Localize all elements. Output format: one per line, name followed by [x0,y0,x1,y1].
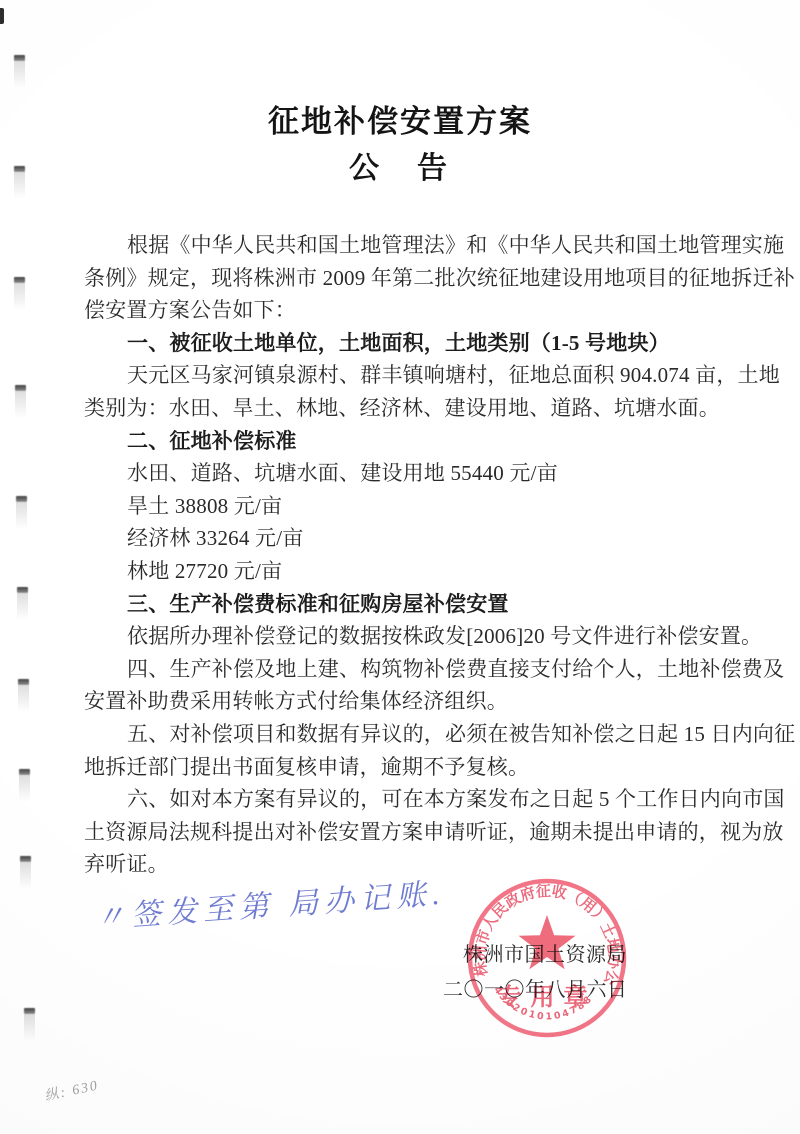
seal-star-icon [519,915,576,969]
body-line-11: 林地 27720 元/亩 [84,555,746,588]
body-line-8: 水田、道路、坑塘水面、建设用地 55440 元/亩 [84,457,746,490]
scan-binding-smudge [19,769,30,802]
body-line-1: 根据《中华人民共和国土地管理法》和《中华人民共和国土地管理实施 [84,229,746,262]
seal-ring-text: 株洲市人民政府征收（用）土地办公室 [447,858,623,988]
scan-binding-smudge [14,166,25,199]
pencil-margin-note: 纵: 630 [43,1074,101,1105]
scan-binding-smudge [18,679,29,712]
scan-binding-smudge [24,1008,35,1041]
official-red-seal: 株洲市人民政府征收（用）土地办公室 专用章 4302010104788 [447,858,647,1058]
document-subtitle: 公 告 [0,143,800,187]
document-title: 征地补偿安置方案 [0,96,800,141]
scan-binding-smudge [14,55,25,88]
body-line-19: 土资源局法规科提出对补偿安置方案申请听证，逾期未提出申请的，视为放 [84,816,746,849]
scanned-document-page: 征地补偿安置方案 公 告 根据《中华人民共和国土地管理法》和《中华人民共和国土地… [0,0,800,1134]
body-line-14: 四、生产补偿及地上建、构筑物补偿费直接支付给个人，土地补偿费及 [84,653,746,686]
scan-binding-smudge [20,856,31,889]
body-line-16: 五、对补偿项目和数据有异议的，必须在被告知补偿之日起 15 日内向征 [84,718,746,751]
body-line-4: 一、被征收土地单位，土地面积，土地类别（1-5 号地块） [84,327,746,360]
body-line-5: 天元区马家河镇泉源村、群丰镇响塘村，征地总面积 904.074 亩，土地 [84,359,746,392]
body-line-6: 类别为：水田、旱土、林地、经济林、建设用地、道路、坑塘水面。 [84,392,746,425]
body-line-17: 地拆迁部门提出书面复核申请，逾期不予复核。 [84,751,746,784]
body-line-2: 条例》规定，现将株洲市 2009 年第二批次统征地建设用地项目的征地拆迁补 [84,262,746,295]
body-line-10: 经济林 33264 元/亩 [84,522,746,555]
scan-edge-artifact [0,8,4,24]
document-body: 根据《中华人民共和国土地管理法》和《中华人民共和国土地管理实施条例》规定，现将株… [84,229,746,881]
scan-binding-smudge [17,587,28,620]
scan-binding-smudge [15,385,26,418]
body-line-18: 六、如对本方案有异议的，可在本方案发布之日起 5 个工作日内向市国 [84,783,746,816]
body-line-3: 偿安置方案公告如下： [84,294,746,327]
scan-binding-smudge [14,277,25,310]
body-line-15: 安置补助费采用转帐方式付给集体经济组织。 [84,685,746,718]
body-line-7: 二、征地补偿标准 [84,425,746,458]
body-line-9: 旱土 38808 元/亩 [84,490,746,523]
body-line-12: 三、生产补偿费标准和征购房屋补偿安置 [84,588,746,621]
scan-binding-smudge [16,496,27,529]
body-line-13: 依据所办理补偿登记的数据按株政发[2006]20 号文件进行补偿安置。 [84,620,746,653]
